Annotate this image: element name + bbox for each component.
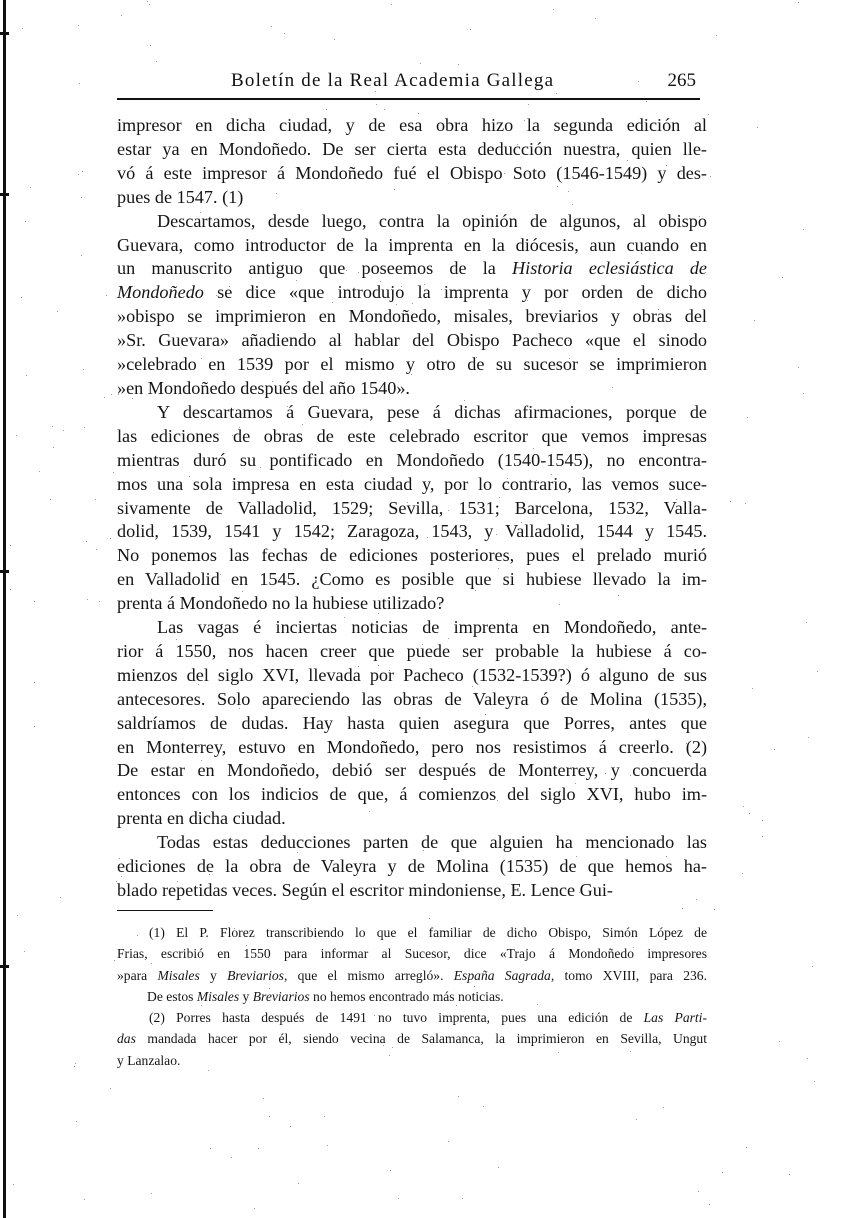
scan-edge-mark	[0, 32, 9, 35]
scan-noise	[401, 286, 402, 287]
scan-noise	[111, 394, 112, 395]
scan-noise	[231, 1157, 232, 1158]
scan-noise	[752, 688, 753, 689]
scan-noise	[63, 430, 64, 431]
scan-noise	[407, 502, 408, 503]
scan-noise	[287, 406, 288, 407]
scan-noise	[424, 284, 425, 285]
scan-noise	[722, 1172, 723, 1173]
footnote-line: das mandada hacer por él, siendo vecina …	[117, 1028, 707, 1049]
scan-noise	[524, 120, 525, 121]
text-line: un manuscrito antiguo que poseemos de la…	[117, 257, 707, 281]
scan-noise	[496, 534, 497, 535]
scan-noise	[78, 25, 79, 26]
scan-noise	[116, 881, 117, 882]
scan-noise	[384, 109, 385, 110]
scan-noise	[536, 480, 537, 481]
scan-noise	[81, 255, 82, 256]
scan-noise	[394, 189, 395, 190]
text-line: »en Mondoñedo después del año 1540».	[117, 377, 707, 401]
scan-noise	[676, 499, 677, 500]
scan-noise	[666, 165, 667, 166]
scan-noise	[527, 300, 528, 301]
scan-noise	[30, 187, 31, 188]
scan-noise	[630, 775, 631, 776]
scan-noise	[239, 427, 240, 428]
scan-noise	[34, 726, 35, 727]
scan-noise	[762, 820, 763, 821]
scan-noise	[709, 1204, 710, 1205]
scan-noise	[200, 212, 201, 213]
scan-noise	[448, 638, 449, 639]
scan-noise	[96, 549, 97, 550]
scan-noise	[324, 1116, 325, 1117]
scan-noise	[34, 682, 35, 683]
scan-noise	[201, 760, 202, 761]
paragraph-p3: Y descartamos á Guevara, pese á dichas a…	[117, 401, 707, 616]
scan-noise	[201, 358, 202, 359]
footnote-2: (2) Porres hasta después de 1491 no tuvo…	[117, 1007, 707, 1071]
scan-noise	[569, 358, 570, 359]
scan-noise	[106, 295, 107, 296]
text-line: vó á este impresor á Mondoñedo fué el Ob…	[117, 162, 707, 186]
scan-noise	[119, 858, 120, 859]
text-line: en Valladolid en 1545. ¿Como es posible …	[117, 568, 707, 592]
scan-noise	[528, 104, 529, 105]
scan-noise	[74, 1066, 75, 1067]
scan-noise	[762, 836, 763, 837]
footnote-line: Frias, escribió en 1550 para informar al…	[117, 943, 707, 964]
text-line: estar ya en Mondoñedo. De ser cierta est…	[117, 138, 707, 162]
text-line: mienzos del siglo XVI, llevada por Pache…	[117, 664, 707, 688]
scan-noise	[640, 790, 641, 791]
scan-noise	[147, 1, 148, 2]
scan-noise	[26, 375, 27, 376]
scan-noise	[553, 9, 554, 10]
scan-noise	[232, 435, 233, 436]
scan-noise	[216, 295, 217, 296]
scan-noise	[475, 590, 476, 591]
scan-noise	[385, 894, 386, 895]
scan-noise	[630, 1051, 631, 1052]
scan-noise	[99, 601, 100, 602]
scan-noise	[556, 93, 557, 94]
scan-noise	[658, 309, 659, 310]
scan-noise	[10, 545, 11, 546]
scan-noise	[53, 447, 54, 448]
journal-title: Boletín de la Real Academia Gallega	[231, 70, 554, 92]
footnote-separator	[117, 910, 213, 911]
scan-noise	[462, 1198, 463, 1199]
scan-noise	[499, 497, 500, 498]
scan-noise	[369, 811, 370, 812]
scan-noise	[754, 320, 755, 321]
text-line: Guevara, como introductor de la imprenta…	[117, 234, 707, 258]
scan-noise	[297, 852, 298, 853]
scan-noise	[559, 604, 560, 605]
text-line: De estar en Mondoñedo, debió ser después…	[117, 759, 707, 783]
scan-noise	[417, 679, 418, 680]
scan-noise	[345, 132, 346, 133]
scan-noise	[118, 394, 119, 395]
footnote-1: (1) El P. Florez transcribiendo lo que e…	[117, 922, 707, 1007]
scan-noise	[165, 368, 166, 369]
text-line: pues de 1547. (1)	[117, 186, 707, 210]
scan-noise	[150, 45, 151, 46]
scan-noise	[296, 763, 297, 764]
text-line: »obispo se imprimieron en Mondoñedo, mis…	[117, 305, 707, 329]
scan-noise	[396, 304, 397, 305]
scan-noise	[302, 424, 303, 425]
scan-noise	[710, 176, 711, 177]
scan-noise	[327, 1145, 328, 1146]
scan-noise	[641, 253, 642, 254]
scan-noise	[298, 1183, 299, 1184]
scan-noise	[21, 297, 22, 298]
scan-noise	[498, 568, 499, 569]
scan-noise	[398, 1198, 399, 1199]
scan-noise	[696, 899, 697, 900]
scan-noise	[269, 988, 270, 989]
scan-noise	[346, 270, 347, 271]
scan-noise	[290, 1126, 291, 1127]
scan-noise	[340, 343, 341, 344]
scan-noise	[260, 467, 261, 468]
scan-noise	[326, 109, 327, 110]
scan-noise	[334, 39, 335, 40]
scan-noise	[78, 174, 79, 175]
text-line: No ponemos las fechas de ediciones poste…	[117, 544, 707, 568]
scan-noise	[638, 81, 639, 82]
scan-noise	[57, 311, 58, 312]
header-rule	[117, 98, 700, 100]
scan-noise	[25, 221, 26, 222]
scan-noise	[358, 272, 359, 273]
scan-noise	[375, 456, 376, 457]
scan-noise	[149, 4, 150, 5]
scan-noise	[411, 374, 412, 375]
scan-edge-mark	[0, 965, 9, 968]
scan-noise	[378, 613, 379, 614]
italic-title: Historia eclesiástica de	[512, 258, 707, 278]
scan-noise	[234, 928, 235, 929]
footnote-line: De estos Misales y Breviarios no hemos e…	[117, 986, 707, 1007]
scan-noise	[113, 472, 114, 473]
scan-noise	[284, 33, 285, 34]
scan-noise	[742, 873, 743, 874]
scan-noise	[210, 1148, 211, 1149]
scan-noise	[521, 522, 522, 523]
scan-noise	[596, 839, 597, 840]
text-line: mos una sola impresa en esta ciudad y, p…	[117, 473, 707, 497]
scan-noise	[521, 76, 522, 77]
scan-noise	[551, 474, 552, 475]
scan-noise	[803, 393, 804, 394]
scan-noise	[110, 538, 111, 539]
scan-noise	[358, 666, 359, 667]
scan-noise	[558, 1052, 559, 1053]
scan-noise	[789, 1174, 790, 1175]
scan-noise	[276, 193, 277, 194]
italic-title: Breviarios	[253, 989, 310, 1004]
scan-noise	[448, 510, 449, 511]
scan-noise	[156, 61, 157, 62]
scan-noise	[121, 876, 122, 877]
scan-noise	[163, 796, 164, 797]
scan-noise	[344, 617, 345, 618]
scan-edge-mark	[0, 193, 9, 196]
scan-noise	[378, 665, 379, 666]
scan-noise	[121, 15, 122, 16]
scan-noise	[485, 714, 486, 715]
scan-noise	[34, 601, 35, 602]
scan-noise	[458, 64, 459, 65]
page-number: 265	[668, 70, 697, 92]
scan-noise	[389, 670, 390, 671]
scan-noise	[104, 397, 105, 398]
scan-noise	[87, 599, 88, 600]
scan-noise	[483, 261, 484, 262]
text-line: »Sr. Guevara» añadiendo al hablar del Ob…	[117, 329, 707, 353]
scan-noise	[296, 505, 297, 506]
scan-noise	[476, 357, 477, 358]
scan-noise	[757, 127, 758, 128]
text-line: blado repetidas veces. Según el escritor…	[117, 879, 707, 903]
italic-title: Misales	[197, 989, 239, 1004]
scan-noise	[17, 915, 18, 916]
scan-noise	[568, 191, 569, 192]
scan-noise	[808, 737, 809, 738]
scan-left-edge	[3, 0, 6, 1218]
scan-noise	[151, 1193, 152, 1194]
text-line: en Monterrey, estuvo en Mondoñedo, pero …	[117, 736, 707, 760]
body-text: impresor en dicha ciudad, y de esa obra …	[117, 114, 707, 903]
scan-noise	[114, 960, 115, 961]
scan-noise	[698, 1191, 699, 1192]
italic-title: España Sagrada,	[454, 968, 555, 983]
text-line: Mondoñedo se dice «que introdujo la impr…	[117, 281, 707, 305]
scan-noise	[605, 773, 606, 774]
scan-noise	[472, 686, 473, 687]
scan-noise	[572, 204, 573, 205]
scan-noise	[716, 35, 717, 36]
scan-edge-mark	[0, 570, 9, 573]
scan-noise	[730, 501, 731, 502]
scan-noise	[782, 277, 783, 278]
paragraph-p4: Las vagas é inciertas noticias de impren…	[117, 616, 707, 831]
scan-noise	[510, 486, 511, 487]
scan-noise	[366, 848, 367, 849]
scan-noise	[412, 303, 413, 304]
scan-noise	[612, 387, 613, 388]
scan-noise	[456, 1005, 457, 1006]
scan-noise	[429, 918, 430, 919]
text-line: Todas estas deducciones parten de que al…	[117, 831, 707, 855]
footnote-line: »para Misales y Breviarios, que el mismo…	[117, 965, 707, 986]
scan-noise	[374, 1015, 375, 1016]
footnotes: (1) El P. Florez transcribiendo lo que e…	[117, 922, 707, 1071]
scan-noise	[494, 933, 495, 934]
scan-noise	[84, 1199, 85, 1200]
scan-noise	[380, 281, 381, 282]
scan-noise	[458, 1096, 459, 1097]
scan-noise	[575, 783, 576, 784]
scan-noise	[576, 856, 577, 857]
scan-noise	[211, 632, 212, 633]
italic-title: das	[117, 1031, 136, 1046]
scan-noise	[672, 413, 673, 414]
footnote-line: (1) El P. Florez transcribiendo lo que e…	[117, 922, 707, 943]
scan-noise	[75, 1063, 76, 1064]
scan-noise	[384, 532, 385, 533]
italic-title: Misales	[157, 968, 199, 983]
scan-noise	[633, 947, 634, 948]
scan-noise	[263, 1098, 264, 1099]
scan-noise	[203, 895, 204, 896]
scan-noise	[176, 639, 177, 640]
scan-noise	[10, 589, 11, 590]
text-line: saldríamos de dudas. Hay hasta quien ase…	[117, 712, 707, 736]
scan-noise	[307, 895, 308, 896]
scan-noise	[137, 935, 138, 936]
scan-noise	[110, 1088, 111, 1089]
scan-noise	[82, 171, 83, 172]
text-line: impresor en dicha ciudad, y de esa obra …	[117, 114, 707, 138]
scan-noise	[198, 684, 199, 685]
scan-noise	[383, 1045, 384, 1046]
scan-noise	[814, 1081, 815, 1082]
scan-noise	[79, 83, 80, 84]
scan-noise	[516, 465, 517, 466]
scan-noise	[627, 160, 628, 161]
scan-noise	[242, 591, 243, 592]
text-line: rior á 1550, nos hacen creer que puede s…	[117, 640, 707, 664]
scan-noise	[258, 1148, 259, 1149]
scan-noise	[376, 104, 377, 105]
scan-noise	[239, 708, 240, 709]
scan-noise	[422, 644, 423, 645]
scan-noise	[597, 844, 598, 845]
text-line: las ediciones de obras de este celebrado…	[117, 425, 707, 449]
scan-noise	[220, 574, 221, 575]
text-line: antecesores. Solo apareciendo las obras …	[117, 688, 707, 712]
text-line: ediciones de la obra de Valeyra y de Mol…	[117, 855, 707, 879]
scan-noise	[533, 448, 534, 449]
scan-noise	[271, 26, 272, 27]
scan-noise	[83, 369, 84, 370]
scan-noise	[427, 537, 428, 538]
scan-noise	[272, 381, 273, 382]
text-line: Y descartamos á Guevara, pese á dichas a…	[117, 401, 707, 425]
text-line: mientras duró su pontificado en Mondoñed…	[117, 449, 707, 473]
scan-noise	[774, 749, 775, 750]
text-line: entonces con los indicios de que, á comi…	[117, 783, 707, 807]
scan-noise	[498, 1167, 499, 1168]
scan-noise	[657, 839, 658, 840]
scan-noise	[392, 625, 393, 626]
running-header: Boletín de la Real Academia Gallega 265	[117, 68, 700, 98]
italic-title: Breviarios,	[227, 968, 287, 983]
scan-noise	[699, 216, 700, 217]
italic-title: Las Parti-	[644, 1010, 707, 1025]
scan-noise	[470, 29, 471, 30]
scan-noise	[803, 229, 804, 230]
scan-noise	[474, 986, 475, 987]
scan-noise	[749, 813, 750, 814]
scan-noise	[201, 1005, 202, 1006]
scan-noise	[84, 427, 85, 428]
scan-noise	[22, 28, 23, 29]
footnote-line: (2) Porres hasta después de 1491 no tuvo…	[117, 1007, 707, 1028]
scan-noise	[208, 1070, 209, 1071]
text-line: Las vagas é inciertas noticias de impren…	[117, 616, 707, 640]
scan-noise	[743, 806, 744, 807]
scan-noise	[537, 1004, 538, 1005]
paragraph-p2: Descartamos, desde luego, contra la opin…	[117, 210, 707, 401]
scan-noise	[441, 289, 442, 290]
scan-noise	[747, 417, 748, 418]
scan-noise	[279, 433, 280, 434]
scan-noise	[448, 1141, 449, 1142]
scan-noise	[504, 173, 505, 174]
scan-noise	[123, 271, 124, 272]
scan-noise	[714, 909, 715, 910]
scan-noise	[817, 671, 818, 672]
scan-noise	[132, 398, 133, 399]
scan-noise	[682, 908, 683, 909]
scan-noise	[746, 1147, 747, 1148]
scan-noise	[76, 1121, 77, 1122]
text-line: sivamente de Valladolid, 1529; Sevilla, …	[117, 497, 707, 521]
scan-noise	[418, 113, 419, 114]
italic-title: Mondoñedo	[117, 282, 204, 302]
scan-noise	[13, 1184, 14, 1185]
scan-noise	[392, 1047, 393, 1048]
scan-noise	[50, 499, 51, 500]
scan-noise	[663, 1107, 664, 1108]
scan-noise	[151, 963, 152, 964]
scan-noise	[328, 957, 329, 958]
scan-noise	[517, 144, 518, 145]
text-line: »celebrado en 1539 por el mismo y otro d…	[117, 353, 707, 377]
scan-noise	[745, 503, 746, 504]
scan-noise	[209, 874, 210, 875]
text-line: Descartamos, desde luego, contra la opin…	[117, 210, 707, 234]
scan-noise	[390, 1170, 391, 1171]
scan-noise	[60, 897, 61, 898]
scan-noise	[246, 945, 247, 946]
scan-noise	[483, 1106, 484, 1107]
scan-noise	[177, 881, 178, 882]
scan-noise	[686, 743, 687, 744]
scan-noise	[497, 800, 498, 801]
scan-noise	[269, 1116, 270, 1117]
scan-noise	[636, 1119, 637, 1120]
scan-noise	[579, 892, 580, 893]
footnote-line: y Lanzalao.	[117, 1050, 707, 1071]
scan-noise	[420, 63, 421, 64]
scan-noise	[806, 622, 807, 623]
scan-noise	[456, 338, 457, 339]
paragraph-p1: impresor en dicha ciudad, y de esa obra …	[117, 114, 707, 210]
scan-noise	[423, 850, 424, 851]
scan-noise	[16, 435, 17, 436]
scan-noise	[39, 471, 40, 472]
text-line: prenta en dicha ciudad.	[117, 807, 707, 831]
scan-noise	[708, 114, 709, 115]
scan-noise	[389, 1055, 390, 1056]
scan-noise	[807, 1058, 808, 1059]
